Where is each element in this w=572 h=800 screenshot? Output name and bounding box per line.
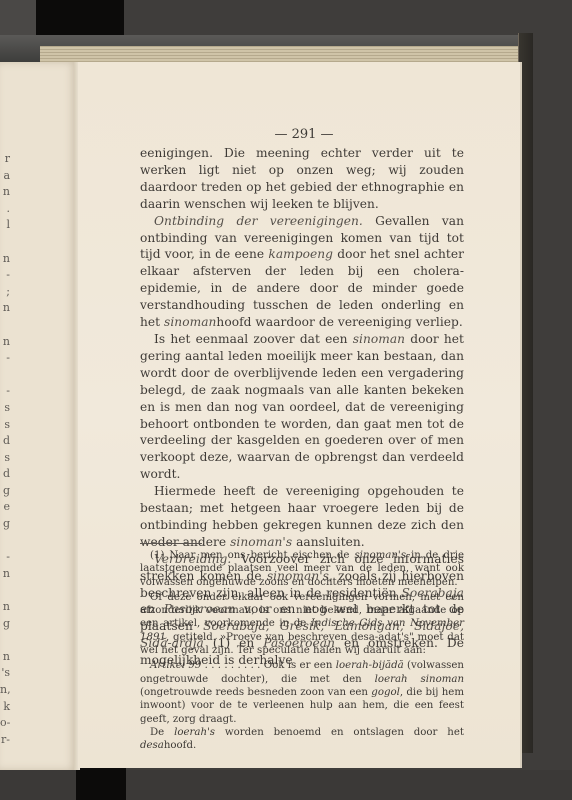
- edge-letter: [0, 583, 10, 600]
- edge-letter: [0, 318, 10, 335]
- edge-letter: d: [0, 467, 10, 484]
- left-page: ran.ln-;nn--ssdsdgeg-nngn'sn,ko-r-: [0, 62, 76, 770]
- edge-letter: l: [0, 218, 10, 235]
- paragraph-2: Ontbinding der vereenigingen. Gevallen v…: [140, 213, 464, 331]
- edge-letter: s: [0, 451, 10, 468]
- footnote-paragraph-4: De loerah's worden benoemd en ontslagen …: [140, 726, 464, 753]
- edge-letter: n: [0, 252, 10, 269]
- right-page: — 291 — eenigingen. Die meening echter v…: [78, 62, 522, 768]
- edge-letter: o-: [0, 716, 10, 733]
- page-number: — 291 —: [78, 127, 520, 142]
- edge-letter: n: [0, 650, 10, 667]
- edge-letter: g: [0, 517, 10, 534]
- edge-letter: [0, 534, 10, 551]
- edge-letter: n,: [0, 683, 10, 700]
- edge-letter: [0, 368, 10, 385]
- edge-letter: k: [0, 700, 10, 717]
- edge-letter: -: [0, 384, 10, 401]
- left-page-edge-text: ran.ln-;nn--ssdsdgeg-nngn'sn,ko-r-: [0, 152, 10, 749]
- edge-letter: [0, 235, 10, 252]
- edge-letter: a: [0, 169, 10, 186]
- footnote-paragraph-2: Of deze onder elkaar ook vereenigingen v…: [140, 591, 464, 657]
- paragraph-1: eenigingen. Die meening echter verder ui…: [140, 145, 464, 213]
- edge-letter: e: [0, 500, 10, 517]
- edge-letter: n: [0, 567, 10, 584]
- edge-letter: -: [0, 351, 10, 368]
- edge-letter: -: [0, 550, 10, 567]
- paragraph-4: Hiermede heeft de vereeniging opgehouden…: [140, 483, 464, 551]
- edge-letter: g: [0, 484, 10, 501]
- edge-letter: [0, 633, 10, 650]
- footnote-1: (1) Naar men ons bericht eischen de sino…: [140, 549, 464, 589]
- edge-letter: g: [0, 617, 10, 634]
- edge-letter: n: [0, 335, 10, 352]
- edge-letter: n: [0, 600, 10, 617]
- paragraph-3: Is het eenmaal zoover dat een sinoman do…: [140, 331, 464, 483]
- footnote-divider: [140, 543, 202, 544]
- edge-letter: -: [0, 268, 10, 285]
- edge-letter: n: [0, 301, 10, 318]
- edge-letter: .: [0, 202, 10, 219]
- edge-letter: ;: [0, 285, 10, 302]
- edge-letter: r: [0, 152, 10, 169]
- footnote-paragraph-3: Artikel 99 . . . . . . . . . Ook is er e…: [140, 659, 464, 725]
- edge-letter: 's: [0, 666, 10, 683]
- edge-letter: n: [0, 185, 10, 202]
- footnotes: (1) Naar men ons bericht eischen de sino…: [140, 549, 464, 752]
- edge-letter: s: [0, 401, 10, 418]
- edge-letter: r-: [0, 733, 10, 750]
- edge-letter: d: [0, 434, 10, 451]
- section-heading-ontbinding: Ontbinding der vereenigingen.: [154, 214, 363, 228]
- edge-letter: s: [0, 418, 10, 435]
